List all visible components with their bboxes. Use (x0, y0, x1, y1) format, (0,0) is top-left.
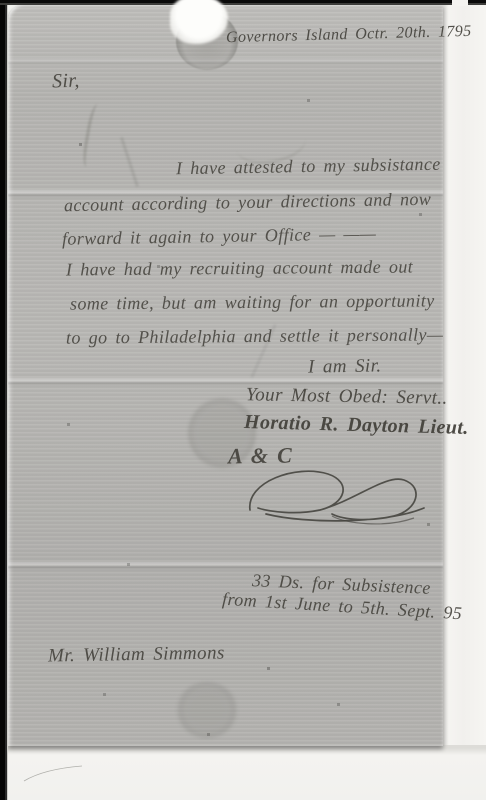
pencil-stray-mark (22, 762, 86, 784)
addressee-name: Mr. William Simmons (48, 642, 225, 667)
scan-backing-right (443, 0, 486, 800)
closing-line: I am Sir. (308, 355, 382, 378)
signature-flourish (236, 458, 436, 540)
fold-crease-top (8, 58, 443, 67)
salutation: Sir, (52, 70, 81, 94)
scan-edge-gap (452, 0, 468, 6)
closing-line: Your Most Obed: Servt.. (246, 384, 448, 410)
scan-edge-left (0, 0, 8, 800)
body-line: I have had my recruiting account made ou… (66, 256, 413, 280)
scanned-letter-page: { "letter": { "dateline": "Governors Isl… (0, 0, 486, 800)
scan-edge-top (0, 0, 486, 5)
body-line: some time, but am waiting for an opportu… (70, 290, 435, 314)
body-line: to go to Philadelphia and settle it pers… (66, 324, 443, 348)
fold-crease-lower (8, 562, 443, 571)
